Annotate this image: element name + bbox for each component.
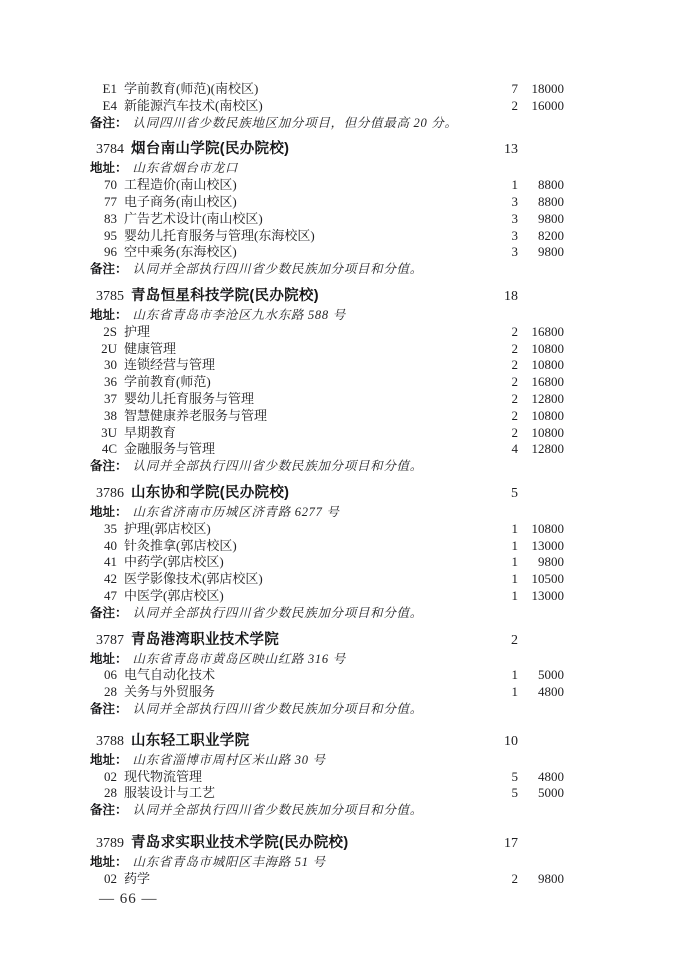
- course-name: 学前教育(师范)(南校区): [124, 81, 478, 98]
- course-code: 28: [90, 684, 117, 701]
- college-name: 山东轻工职业学院: [131, 731, 478, 751]
- course-row: E4 新能源汽车技术(南校区) 2 16000: [90, 98, 564, 115]
- college-code: 3784: [90, 140, 124, 160]
- course-row: 96 空中乘务(东海校区) 3 9800: [90, 244, 564, 261]
- address-row: 地址： 山东省青岛市城阳区丰海路 51 号: [90, 854, 564, 871]
- college-section: 3786 山东协和学院(民办院校) 5 地址： 山东省济南市历城区济青路 627…: [90, 483, 564, 622]
- course-fee: 5000: [518, 667, 564, 684]
- college-name: 山东协和学院(民办院校): [131, 483, 478, 503]
- course-count: 1: [478, 571, 518, 588]
- college-name: 烟台南山学院(民办院校): [131, 139, 478, 159]
- course-code: 38: [90, 408, 117, 425]
- address-label: 地址：: [90, 752, 128, 769]
- course-row: 37 婴幼儿托育服务与管理 2 12800: [90, 391, 564, 408]
- college-total: 10: [478, 732, 518, 752]
- course-count: 2: [478, 98, 518, 115]
- course-fee: 10800: [518, 521, 564, 538]
- course-row: 02 药学 2 9800: [90, 871, 564, 888]
- college-header: 3784 烟台南山学院(民办院校) 13: [90, 139, 564, 160]
- course-row: 95 婴幼儿托育服务与管理(东海校区) 3 8200: [90, 228, 564, 245]
- course-code: 3U: [90, 425, 117, 442]
- course-count: 2: [478, 357, 518, 374]
- remark-text: 认同并全部执行四川省少数民族加分项目和分值。: [133, 261, 564, 278]
- college-name: 青岛港湾职业技术学院: [131, 630, 478, 650]
- course-name: 金融服务与管理: [124, 441, 478, 458]
- course-code: 40: [90, 538, 117, 555]
- course-code: 30: [90, 357, 117, 374]
- college-section: 3787 青岛港湾职业技术学院 2 地址： 山东省青岛市黄岛区映山红路 316 …: [90, 630, 564, 718]
- course-code: 2S: [90, 324, 117, 341]
- address-row: 地址： 山东省青岛市黄岛区映山红路 316 号: [90, 651, 564, 668]
- course-name: 医学影像技术(郭店校区): [124, 571, 478, 588]
- course-name: 学前教育(师范): [124, 374, 478, 391]
- course-count: 1: [478, 177, 518, 194]
- course-fee: 10800: [518, 425, 564, 442]
- course-name: 智慧健康养老服务与管理: [124, 408, 478, 425]
- course-name: 连锁经营与管理: [124, 357, 478, 374]
- page-number: — 66 —: [99, 891, 158, 908]
- course-code: E1: [90, 81, 117, 98]
- course-name: 中药学(郭店校区): [124, 554, 478, 571]
- course-code: 36: [90, 374, 117, 391]
- remark-label: 备注：: [90, 802, 128, 819]
- remark-text: 认同四川省少数民族地区加分项目，但分值最高 20 分。: [133, 115, 564, 132]
- course-name: 现代物流管理: [124, 769, 478, 786]
- course-count: 5: [478, 769, 518, 786]
- course-name: 新能源汽车技术(南校区): [124, 98, 478, 115]
- course-row: 3U 早期教育 2 10800: [90, 425, 564, 442]
- course-name: 服装设计与工艺: [124, 785, 478, 802]
- course-count: 2: [478, 391, 518, 408]
- course-code: 37: [90, 391, 117, 408]
- course-row: 77 电子商务(南山校区) 3 8800: [90, 194, 564, 211]
- course-count: 2: [478, 871, 518, 888]
- college-header: 3789 青岛求实职业技术学院(民办院校) 17: [90, 833, 564, 854]
- college-total: 13: [478, 140, 518, 160]
- course-row: 4C 金融服务与管理 4 12800: [90, 441, 564, 458]
- remark-text: 认同并全部执行四川省少数民族加分项目和分值。: [133, 802, 564, 819]
- college-code: 3785: [90, 287, 124, 307]
- course-fee: 12800: [518, 391, 564, 408]
- course-count: 3: [478, 194, 518, 211]
- address-text: 山东省烟台市龙口: [133, 160, 564, 177]
- course-fee: 12800: [518, 441, 564, 458]
- course-code: 02: [90, 871, 117, 888]
- college-total: 18: [478, 287, 518, 307]
- course-row: 2U 健康管理 2 10800: [90, 341, 564, 358]
- course-name: 电气自动化技术: [124, 667, 478, 684]
- course-row: 40 针灸推拿(郭店校区) 1 13000: [90, 538, 564, 555]
- course-name: 广告艺术设计(南山校区): [124, 211, 478, 228]
- course-count: 1: [478, 538, 518, 555]
- course-count: 2: [478, 425, 518, 442]
- address-text: 山东省青岛市黄岛区映山红路 316 号: [133, 651, 564, 668]
- course-fee: 9800: [518, 211, 564, 228]
- course-row: 70 工程造价(南山校区) 1 8800: [90, 177, 564, 194]
- course-code: 96: [90, 244, 117, 261]
- college-name: 青岛求实职业技术学院(民办院校): [131, 833, 478, 853]
- course-fee: 4800: [518, 769, 564, 786]
- course-code: 06: [90, 667, 117, 684]
- course-name: 药学: [124, 871, 478, 888]
- course-row: 02 现代物流管理 5 4800: [90, 769, 564, 786]
- college-section: 3784 烟台南山学院(民办院校) 13 地址： 山东省烟台市龙口 70 工程造…: [90, 139, 564, 278]
- course-fee: 9800: [518, 554, 564, 571]
- course-count: 3: [478, 244, 518, 261]
- document-page: E1 学前教育(师范)(南校区) 7 18000 E4 新能源汽车技术(南校区)…: [0, 0, 680, 961]
- course-name: 护理: [124, 324, 478, 341]
- college-name: 青岛恒星科技学院(民办院校): [131, 286, 478, 306]
- remark-label: 备注：: [90, 458, 128, 475]
- course-row: 38 智慧健康养老服务与管理 2 10800: [90, 408, 564, 425]
- partial-college-section: E1 学前教育(师范)(南校区) 7 18000 E4 新能源汽车技术(南校区)…: [90, 81, 564, 131]
- address-row: 地址： 山东省烟台市龙口: [90, 160, 564, 177]
- remark-text: 认同并全部执行四川省少数民族加分项目和分值。: [133, 605, 564, 622]
- course-name: 空中乘务(东海校区): [124, 244, 478, 261]
- remark-row: 备注： 认同并全部执行四川省少数民族加分项目和分值。: [90, 802, 564, 819]
- course-row: 35 护理(郭店校区) 1 10800: [90, 521, 564, 538]
- course-count: 1: [478, 684, 518, 701]
- college-code: 3789: [90, 834, 124, 854]
- course-name: 护理(郭店校区): [124, 521, 478, 538]
- remark-label: 备注：: [90, 115, 128, 132]
- course-name: 关务与外贸服务: [124, 684, 478, 701]
- remark-label: 备注：: [90, 261, 128, 278]
- course-row: 47 中医学(郭店校区) 1 13000: [90, 588, 564, 605]
- course-fee: 10800: [518, 357, 564, 374]
- address-row: 地址： 山东省青岛市李沧区九水东路 588 号: [90, 307, 564, 324]
- course-count: 2: [478, 408, 518, 425]
- address-text: 山东省青岛市李沧区九水东路 588 号: [133, 307, 564, 324]
- course-count: 1: [478, 667, 518, 684]
- remark-row: 备注： 认同并全部执行四川省少数民族加分项目和分值。: [90, 458, 564, 475]
- course-count: 2: [478, 341, 518, 358]
- address-row: 地址： 山东省淄博市周村区米山路 30 号: [90, 752, 564, 769]
- course-code: 47: [90, 588, 117, 605]
- address-text: 山东省济南市历城区济青路 6277 号: [133, 504, 564, 521]
- course-fee: 4800: [518, 684, 564, 701]
- college-header: 3788 山东轻工职业学院 10: [90, 731, 564, 752]
- course-count: 1: [478, 554, 518, 571]
- course-code: 95: [90, 228, 117, 245]
- college-total: 5: [478, 484, 518, 504]
- course-code: 77: [90, 194, 117, 211]
- college-code: 3788: [90, 732, 124, 752]
- course-count: 3: [478, 211, 518, 228]
- remark-row: 备注： 认同并全部执行四川省少数民族加分项目和分值。: [90, 261, 564, 278]
- course-name: 工程造价(南山校区): [124, 177, 478, 194]
- remark-row: 备注： 认同并全部执行四川省少数民族加分项目和分值。: [90, 605, 564, 622]
- course-code: 2U: [90, 341, 117, 358]
- course-row: 2S 护理 2 16800: [90, 324, 564, 341]
- address-label: 地址：: [90, 651, 128, 668]
- course-count: 1: [478, 588, 518, 605]
- course-row: 83 广告艺术设计(南山校区) 3 9800: [90, 211, 564, 228]
- course-row: 28 服装设计与工艺 5 5000: [90, 785, 564, 802]
- college-header: 3785 青岛恒星科技学院(民办院校) 18: [90, 286, 564, 307]
- course-fee: 9800: [518, 244, 564, 261]
- college-header: 3786 山东协和学院(民办院校) 5: [90, 483, 564, 504]
- course-row: 28 关务与外贸服务 1 4800: [90, 684, 564, 701]
- course-fee: 10800: [518, 341, 564, 358]
- course-row: E1 学前教育(师范)(南校区) 7 18000: [90, 81, 564, 98]
- address-row: 地址： 山东省济南市历城区济青路 6277 号: [90, 504, 564, 521]
- college-section: 3789 青岛求实职业技术学院(民办院校) 17 地址： 山东省青岛市城阳区丰海…: [90, 833, 564, 888]
- course-fee: 13000: [518, 588, 564, 605]
- college-header: 3787 青岛港湾职业技术学院 2: [90, 630, 564, 651]
- remark-label: 备注：: [90, 605, 128, 622]
- course-name: 早期教育: [124, 425, 478, 442]
- course-row: 41 中药学(郭店校区) 1 9800: [90, 554, 564, 571]
- course-code: E4: [90, 98, 117, 115]
- college-section: 3788 山东轻工职业学院 10 地址： 山东省淄博市周村区米山路 30 号 0…: [90, 731, 564, 819]
- remark-text: 认同并全部执行四川省少数民族加分项目和分值。: [133, 701, 564, 718]
- course-count: 7: [478, 81, 518, 98]
- course-fee: 16800: [518, 374, 564, 391]
- remark-row: 备注： 认同并全部执行四川省少数民族加分项目和分值。: [90, 701, 564, 718]
- course-fee: 10500: [518, 571, 564, 588]
- remark-row: 备注： 认同四川省少数民族地区加分项目，但分值最高 20 分。: [90, 115, 564, 132]
- course-code: 42: [90, 571, 117, 588]
- address-text: 山东省淄博市周村区米山路 30 号: [133, 752, 564, 769]
- college-total: 17: [478, 834, 518, 854]
- course-fee: 8800: [518, 194, 564, 211]
- course-fee: 8200: [518, 228, 564, 245]
- college-total: 2: [478, 631, 518, 651]
- college-code: 3787: [90, 631, 124, 651]
- remark-label: 备注：: [90, 701, 128, 718]
- course-fee: 13000: [518, 538, 564, 555]
- address-label: 地址：: [90, 307, 128, 324]
- course-row: 36 学前教育(师范) 2 16800: [90, 374, 564, 391]
- course-row: 06 电气自动化技术 1 5000: [90, 667, 564, 684]
- course-fee: 16800: [518, 324, 564, 341]
- remark-text: 认同并全部执行四川省少数民族加分项目和分值。: [133, 458, 564, 475]
- college-code: 3786: [90, 484, 124, 504]
- address-label: 地址：: [90, 854, 128, 871]
- course-code: 4C: [90, 441, 117, 458]
- course-count: 4: [478, 441, 518, 458]
- course-fee: 8800: [518, 177, 564, 194]
- college-section: 3785 青岛恒星科技学院(民办院校) 18 地址： 山东省青岛市李沧区九水东路…: [90, 286, 564, 475]
- course-fee: 16000: [518, 98, 564, 115]
- course-count: 5: [478, 785, 518, 802]
- address-label: 地址：: [90, 160, 128, 177]
- course-name: 电子商务(南山校区): [124, 194, 478, 211]
- course-code: 41: [90, 554, 117, 571]
- course-code: 35: [90, 521, 117, 538]
- course-code: 02: [90, 769, 117, 786]
- course-fee: 9800: [518, 871, 564, 888]
- address-text: 山东省青岛市城阳区丰海路 51 号: [133, 854, 564, 871]
- course-count: 1: [478, 521, 518, 538]
- course-code: 83: [90, 211, 117, 228]
- course-fee: 18000: [518, 81, 564, 98]
- course-name: 针灸推拿(郭店校区): [124, 538, 478, 555]
- course-name: 健康管理: [124, 341, 478, 358]
- course-count: 2: [478, 324, 518, 341]
- course-row: 42 医学影像技术(郭店校区) 1 10500: [90, 571, 564, 588]
- address-label: 地址：: [90, 504, 128, 521]
- course-name: 中医学(郭店校区): [124, 588, 478, 605]
- course-count: 3: [478, 228, 518, 245]
- course-fee: 10800: [518, 408, 564, 425]
- document-content: E1 学前教育(师范)(南校区) 7 18000 E4 新能源汽车技术(南校区)…: [90, 81, 564, 887]
- course-count: 2: [478, 374, 518, 391]
- course-fee: 5000: [518, 785, 564, 802]
- course-name: 婴幼儿托育服务与管理(东海校区): [124, 228, 478, 245]
- course-row: 30 连锁经营与管理 2 10800: [90, 357, 564, 374]
- course-code: 28: [90, 785, 117, 802]
- course-name: 婴幼儿托育服务与管理: [124, 391, 478, 408]
- course-code: 70: [90, 177, 117, 194]
